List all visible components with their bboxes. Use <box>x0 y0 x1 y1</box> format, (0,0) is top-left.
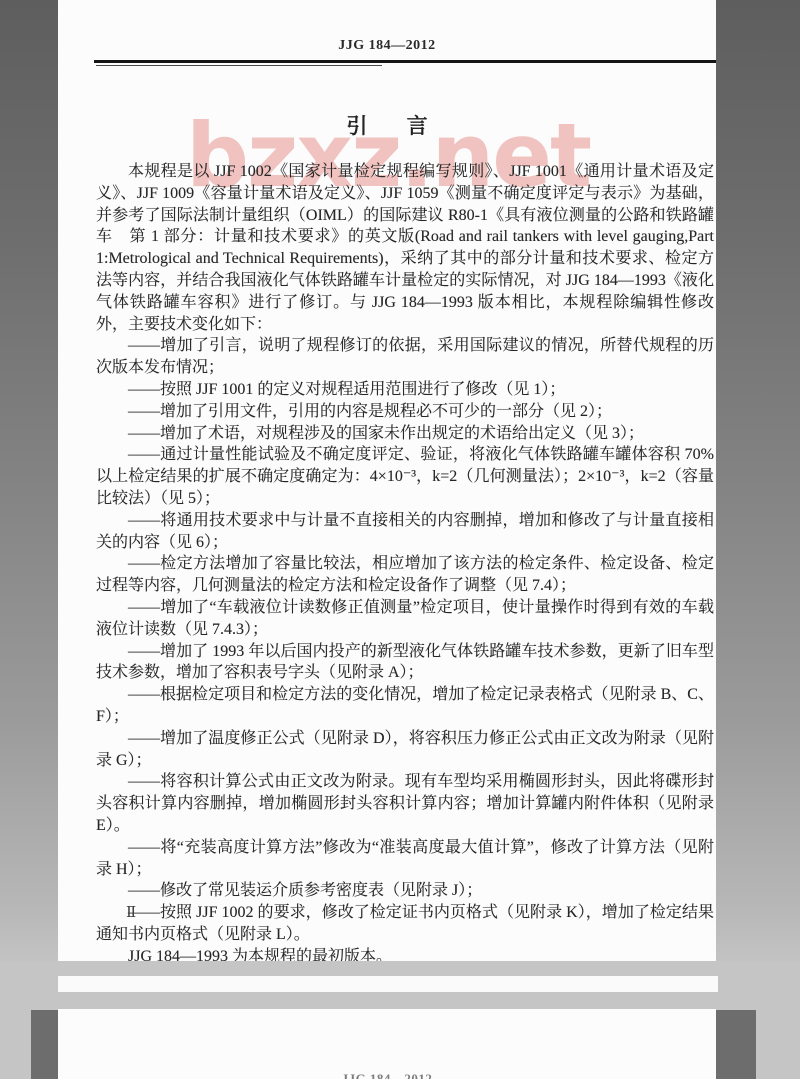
next-page-edge-right <box>716 1010 756 1079</box>
body-paragraph: ——将容积计算公式由正文改为附录。现有车型均采用椭圆形封头，因此将碟形封头容积计… <box>96 771 714 836</box>
next-page-code-header: JJG 184—2012 <box>58 1071 716 1079</box>
document-page: JJG 184—2012 引 言 bzxz.net 本规程是以 JJF 1002… <box>58 0 716 961</box>
body-paragraph: ——修改了常见装运介质参考密度表（见附录 J）； <box>96 880 714 902</box>
body-paragraph: ——增加了引用文件，引用的内容是规程必不可少的一部分（见 2）； <box>96 401 714 423</box>
body-paragraph: ——通过计量性能试验及不确定度评定、验证，将液化气体铁路罐车罐体容积 70%以上… <box>96 444 714 509</box>
document-code-header: JJG 184—2012 <box>58 38 716 54</box>
body-paragraph: ——检定方法增加了容量比较法，相应增加了该方法的检定条件、检定设备、检定过程等内… <box>96 553 714 597</box>
scanned-document-view: JJG 184—2012 引 言 bzxz.net 本规程是以 JJF 1002… <box>0 0 800 1079</box>
next-document-page: JJG 184—2012 <box>58 1009 716 1079</box>
body-paragraph: ——增加了温度修正公式（见附录 D），将容积压力修正公式由正文改为附录（见附录 … <box>96 728 714 772</box>
scan-edge-left <box>0 0 58 961</box>
body-paragraph: ——将“充装高度计算方法”修改为“准装高度最大值计算”，修改了计算方法（见附录 … <box>96 837 714 881</box>
body-paragraph: ——增加了术语，对规程涉及的国家未作出规定的术语给出定义（见 3）； <box>96 423 714 445</box>
next-page-edge-left <box>31 1010 58 1079</box>
body-paragraph: 本规程是以 JJF 1002《国家计量检定规程编写规则》、JJF 1001《通用… <box>96 161 714 335</box>
header-rule <box>94 60 716 63</box>
body-paragraph: ——增加了 1993 年以后国内投产的新型液化气体铁路罐车技术参数，更新了旧车型… <box>96 641 714 685</box>
body-paragraph: ——根据检定项目和检定方法的变化情况，增加了检定记录表格式（见附录 B、C、F）… <box>96 684 714 728</box>
section-title: 引 言 <box>58 110 716 140</box>
body-paragraph: JJG 184—1993 为本规程的最初版本。 <box>96 946 714 961</box>
intermediate-page-edge <box>58 976 718 992</box>
scan-edge-right <box>716 0 800 961</box>
body-paragraph: ——增加了引言，说明了规程修订的依据，采用国际建议的情况，所替代规程的历次版本发… <box>96 335 714 379</box>
body-paragraph: ——将通用技术要求中与计量不直接相关的内容删掉，增加和修改了与计量直接相关的内容… <box>96 510 714 554</box>
body-text: 本规程是以 JJF 1002《国家计量检定规程编写规则》、JJF 1001《通用… <box>96 161 714 961</box>
body-paragraph: ——按照 JJF 1001 的定义对规程适用范围进行了修改（见 1）； <box>96 379 714 401</box>
page-number: Ⅱ <box>126 903 136 922</box>
body-paragraph: ——增加了“车载液位计读数修正值测量”检定项目，使计量操作时得到有效的车载液位计… <box>96 597 714 641</box>
body-paragraph: ——按照 JJF 1002 的要求，修改了检定证书内页格式（见附录 K），增加了… <box>96 902 714 946</box>
